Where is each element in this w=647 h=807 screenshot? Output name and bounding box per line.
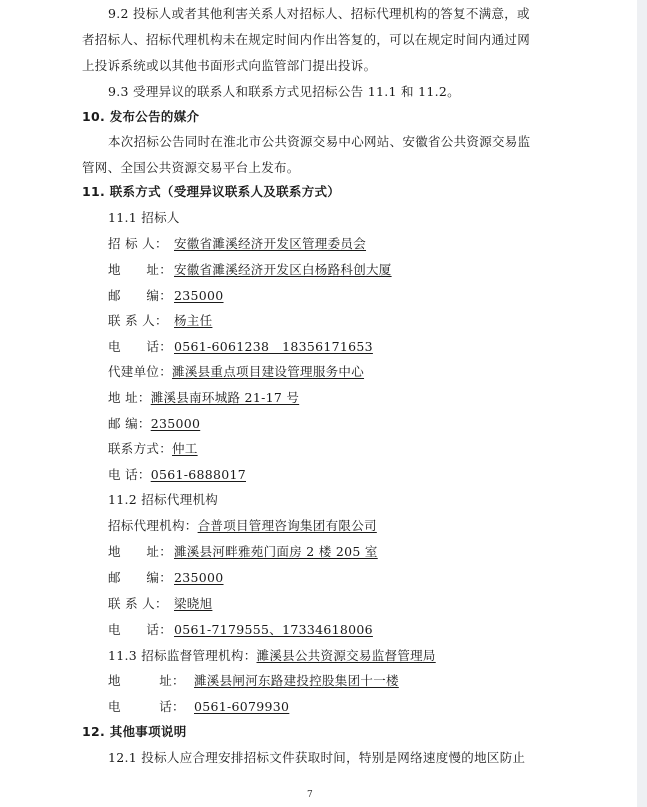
contact-label: 联 系 人：	[108, 313, 174, 329]
page-number: 7	[307, 790, 313, 800]
agent-postcode-row: 邮 编：235000	[108, 416, 200, 432]
tenderer-phone-row: 电 话：0561-6061238 18356171653	[108, 339, 373, 355]
agent-unit-label: 代建单位：	[108, 364, 172, 380]
agent-address-row: 地 址：濉溪县南环城路 21-17 号	[108, 390, 299, 406]
supervisor-address-label: 地 址：	[108, 673, 194, 689]
section-11-heading: 11. 联系方式（受理异议联系人及联系方式）	[82, 184, 340, 200]
proxy-org-row: 招标代理机构：合普项目管理咨询集团有限公司	[108, 518, 377, 534]
section-10-body-line1: 本次招标公告同时在淮北市公共资源交易中心网站、安徽省公共资源交易监	[108, 134, 530, 150]
agent-postcode-value: 235000	[151, 416, 201, 431]
supervisor-phone-label: 电 话：	[108, 699, 194, 715]
document-page: 9.2 投标人或者其他利害关系人对招标人、招标代理机构的答复不满意，或 者招标人…	[0, 0, 637, 807]
agent-phone-label: 电 话：	[108, 467, 151, 483]
phone-value: 0561-6061238 18356171653	[174, 339, 373, 354]
agent-unit-value: 濉溪县重点项目建设管理服务中心	[172, 364, 364, 379]
agent-phone-row: 电 话：0561-6888017	[108, 467, 246, 483]
supervisor-phone-value: 0561-6079930	[194, 699, 289, 714]
section-11-3-row: 11.3 招标监督管理机构：濉溪县公共资源交易监督管理局	[108, 648, 436, 664]
section-10-body-line2: 管网、全国公共资源交易平台上发布。	[82, 160, 300, 176]
proxy-postcode-value: 235000	[174, 570, 224, 585]
tenderer-contact-row: 联 系 人：杨主任	[108, 313, 212, 329]
agent-unit-row: 代建单位：濉溪县重点项目建设管理服务中心	[108, 364, 364, 380]
supervisor-phone-row: 电 话：0561-6079930	[108, 699, 289, 715]
proxy-contact-label: 联 系 人：	[108, 596, 174, 612]
paragraph-9-2-line3: 上投诉系统或以其他书面形式向监管部门提出投诉。	[82, 58, 376, 74]
tenderer-row: 招 标 人：安徽省濉溪经济开发区管理委员会	[108, 236, 366, 252]
agent-postcode-label: 邮 编：	[108, 416, 151, 432]
proxy-org-value: 合普项目管理咨询集团有限公司	[198, 518, 377, 533]
proxy-postcode-row: 邮 编：235000	[108, 570, 224, 586]
agent-phone-value: 0561-6888017	[151, 467, 246, 482]
section-11-1-title: 11.1 招标人	[108, 210, 180, 226]
viewer-gutter	[637, 0, 647, 807]
postcode-label: 邮 编：	[108, 288, 174, 304]
supervisor-value: 濉溪县公共资源交易监督管理局	[257, 648, 436, 663]
paragraph-9-2-line1: 9.2 投标人或者其他利害关系人对招标人、招标代理机构的答复不满意，或	[108, 6, 530, 22]
proxy-phone-row: 电 话：0561-7179555、17334618006	[108, 622, 373, 638]
proxy-address-row: 地 址：濉溪县河畔雅苑门面房 2 楼 205 室	[108, 544, 378, 560]
section-12-heading: 12. 其他事项说明	[82, 724, 187, 740]
agent-address-value: 濉溪县南环城路 21-17 号	[151, 390, 299, 405]
tenderer-value: 安徽省濉溪经济开发区管理委员会	[174, 236, 366, 251]
paragraph-12-1: 12.1 投标人应合理安排招标文件获取时间，特别是网络速度慢的地区防止	[108, 750, 525, 766]
supervisor-address-row: 地 址：濉溪县闸河东路建投控股集团十一楼	[108, 673, 399, 689]
agent-address-label: 地 址：	[108, 390, 151, 406]
proxy-phone-label: 电 话：	[108, 622, 174, 638]
section-11-2-title: 11.2 招标代理机构	[108, 492, 218, 508]
supervisor-address-value: 濉溪县闸河东路建投控股集团十一楼	[194, 673, 399, 688]
section-10-heading: 10. 发布公告的媒介	[82, 109, 199, 125]
section-11-3-title: 11.3 招标监督管理机构：	[108, 648, 257, 663]
tenderer-label: 招 标 人：	[108, 236, 174, 252]
address-value: 安徽省濉溪经济开发区白杨路科创大厦	[174, 262, 392, 277]
agent-contact-value: 仲工	[172, 441, 198, 456]
proxy-address-value: 濉溪县河畔雅苑门面房 2 楼 205 室	[174, 544, 378, 559]
address-label: 地 址：	[108, 262, 174, 278]
phone-label: 电 话：	[108, 339, 174, 355]
proxy-postcode-label: 邮 编：	[108, 570, 174, 586]
agent-contact-label: 联系方式：	[108, 441, 172, 457]
proxy-contact-value: 梁晓旭	[174, 596, 212, 611]
postcode-value: 235000	[174, 288, 224, 303]
contact-value: 杨主任	[174, 313, 212, 328]
proxy-phone-value: 0561-7179555、17334618006	[174, 622, 373, 637]
tenderer-address-row: 地 址：安徽省濉溪经济开发区白杨路科创大厦	[108, 262, 392, 278]
proxy-contact-row: 联 系 人：梁晓旭	[108, 596, 212, 612]
proxy-address-label: 地 址：	[108, 544, 174, 560]
tenderer-postcode-row: 邮 编：235000	[108, 288, 224, 304]
paragraph-9-3: 9.3 受理异议的联系人和联系方式见招标公告 11.1 和 11.2。	[108, 84, 460, 100]
paragraph-9-2-line2: 者招标人、招标代理机构未在规定时间内作出答复的，可以在规定时间内通过网	[82, 32, 530, 48]
proxy-org-label: 招标代理机构：	[108, 518, 198, 534]
agent-contact-row: 联系方式：仲工	[108, 441, 198, 457]
